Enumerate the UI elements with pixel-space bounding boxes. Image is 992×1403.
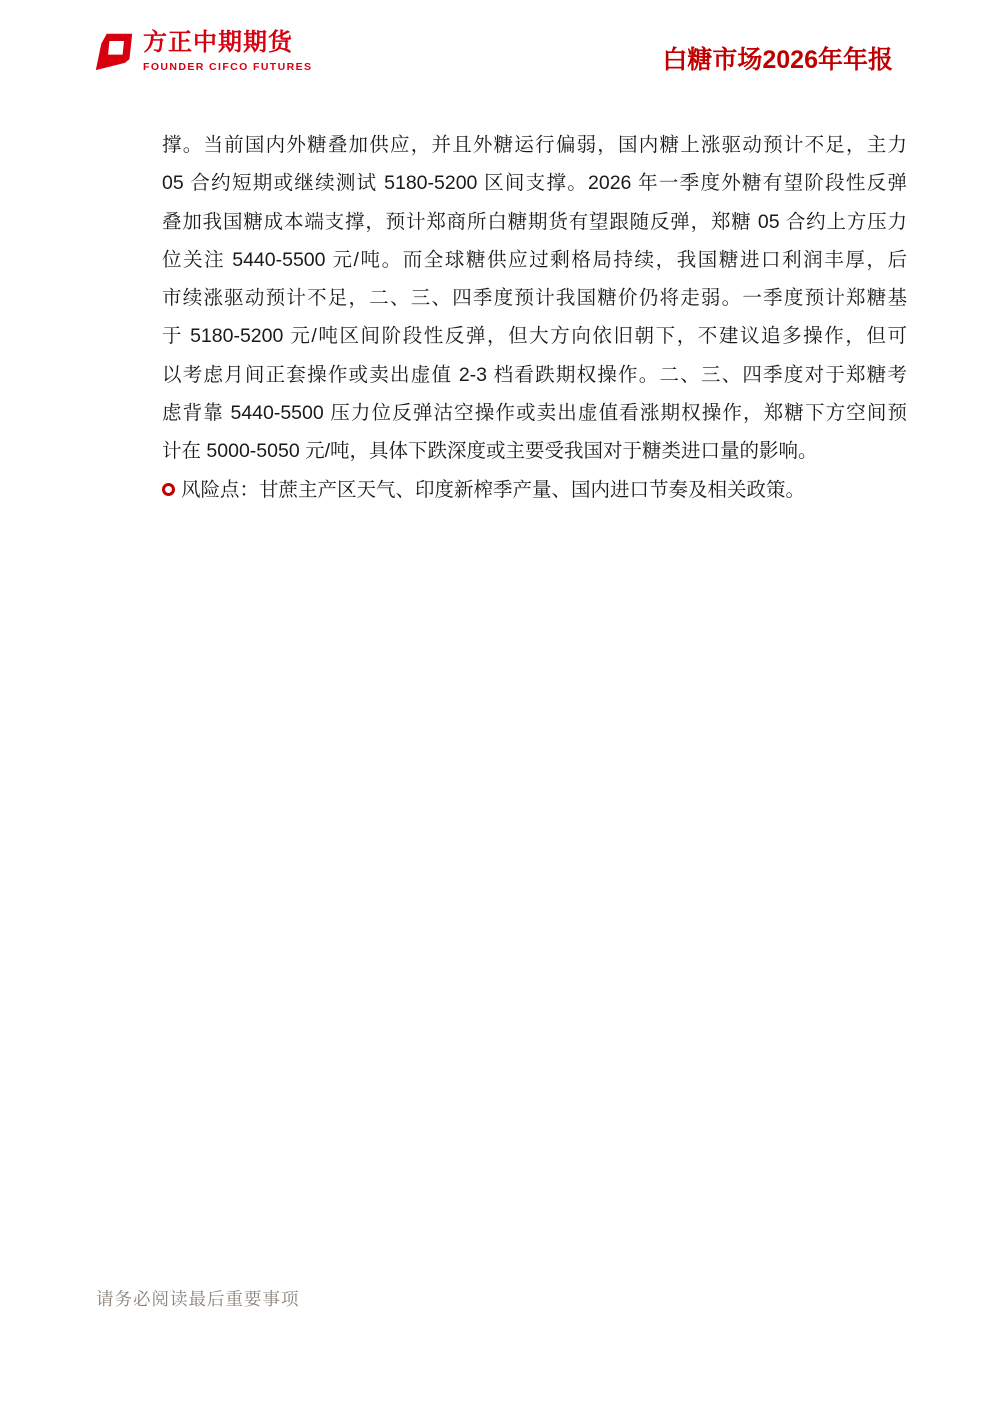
circle-bullet-icon	[162, 483, 175, 496]
paragraph-line: 撑。当前国内外糖叠加供应，并且外糖运行偏弱，国内糖上涨驱动预计不足，主力	[162, 126, 907, 164]
report-title: 白糖市场2026年年报	[662, 44, 893, 76]
paragraph-line: 市续涨驱动预计不足，二、三、四季度预计我国糖价仍将走弱。一季度预计郑糖基	[162, 279, 907, 317]
paragraph-line: 05 合约短期或继续测试 5180-5200 区间支撑。2026 年一季度外糖有…	[162, 164, 907, 202]
risk-bullet-text: 风险点：甘蔗主产区天气、印度新榨季产量、国内进口节奏及相关政策。	[181, 471, 907, 509]
paragraph-line: 叠加我国糖成本端支撑，预计郑商所白糖期货有望跟随反弹，郑糖 05 合约上方压力	[162, 203, 907, 241]
risk-bullet-item: 风险点：甘蔗主产区天气、印度新榨季产量、国内进口节奏及相关政策。	[162, 471, 907, 509]
paragraph-line: 位关注 5440-5500 元/吨。而全球糖供应过剩格局持续，我国糖进口利润丰厚…	[162, 241, 907, 279]
report-body: 撑。当前国内外糖叠加供应，并且外糖运行偏弱，国内糖上涨驱动预计不足，主力 05 …	[162, 126, 907, 509]
paragraph-line: 虑背靠 5440-5500 压力位反弹沽空操作或卖出虚值看涨期权操作，郑糖下方空…	[162, 394, 907, 432]
report-page: 方正中期期货 FOUNDER CIFCO FUTURES 白糖市场2026年年报…	[0, 0, 992, 1403]
paragraph-line: 于 5180-5200 元/吨区间阶段性反弹，但大方向依旧朝下，不建议追多操作，…	[162, 317, 907, 355]
footer-disclaimer: 请务必阅读最后重要事项	[96, 1286, 300, 1311]
brand-name-english: FOUNDER CIFCO FUTURES	[143, 61, 312, 73]
paragraph-line: 计在 5000-5050 元/吨，具体下跌深度或主要受我国对于糖类进口量的影响。	[162, 432, 907, 470]
founder-logo-icon	[94, 30, 134, 72]
brand-logo: 方正中期期货 FOUNDER CIFCO FUTURES	[94, 30, 312, 73]
paragraph-line: 以考虑月间正套操作或卖出虚值 2-3 档看跌期权操作。二、三、四季度对于郑糖考	[162, 356, 907, 394]
brand-name-chinese: 方正中期期货	[143, 30, 312, 56]
brand-text: 方正中期期货 FOUNDER CIFCO FUTURES	[143, 30, 312, 73]
